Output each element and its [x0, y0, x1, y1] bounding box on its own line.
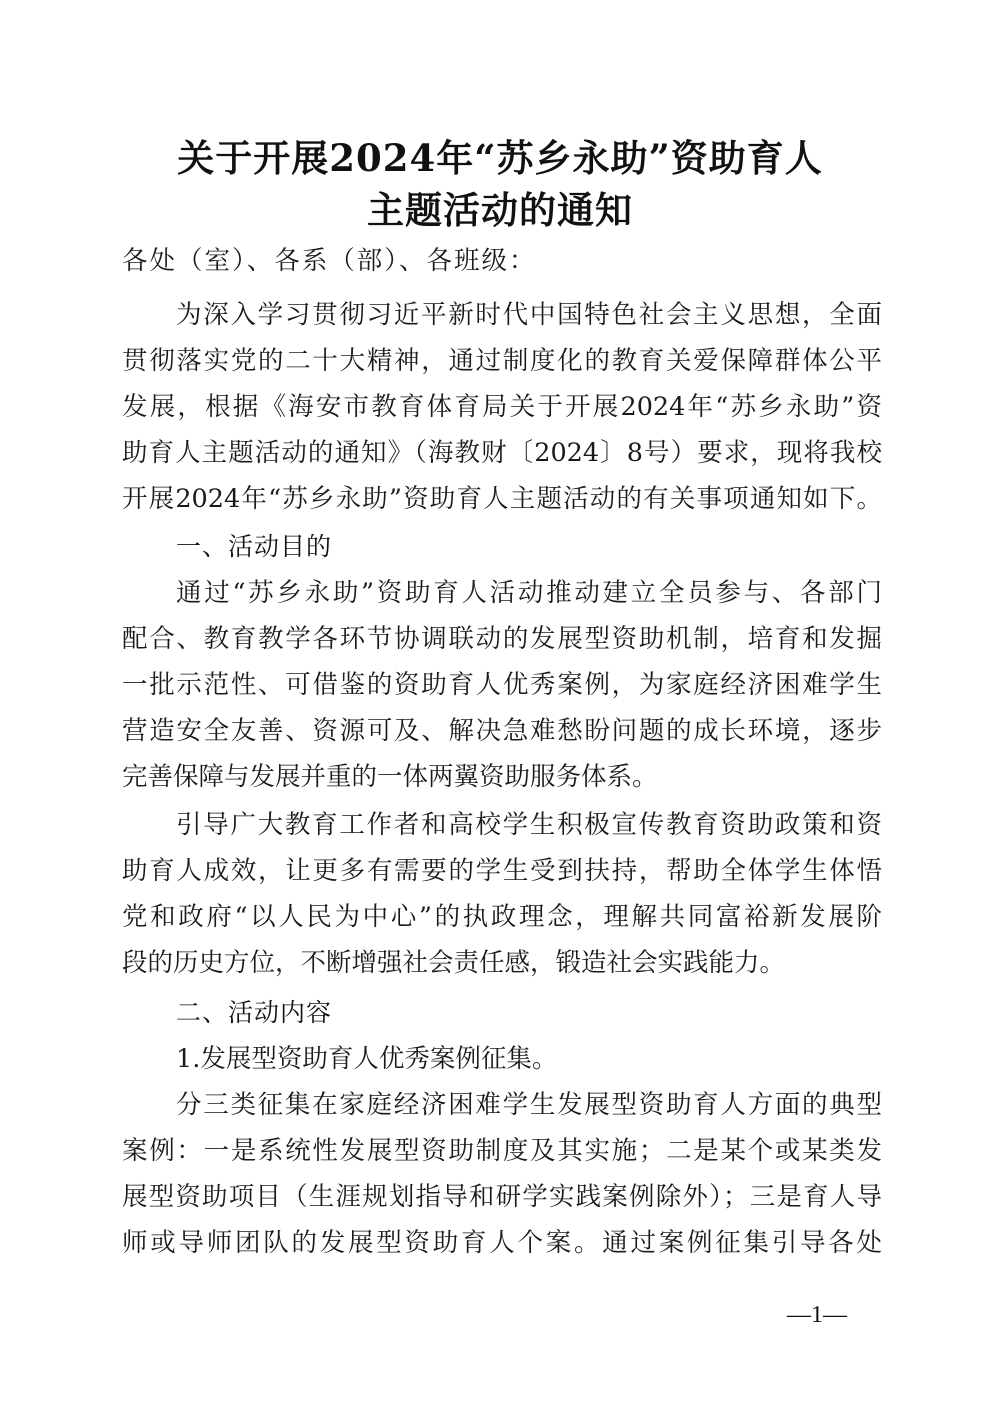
section-heading-content: 二、活动内容 [176, 993, 332, 1029]
content-line: 展型资助项目（生涯规划指导和研学实践案例除外）；三是育人导 [122, 1177, 882, 1213]
content-line: 分三类征集在家庭经济困难学生发展型资助育人方面的典型 [176, 1085, 882, 1121]
page-number: —1— [787, 1302, 847, 1329]
document-page: 关于开展2024年“苏乡永助”资助育人 主题活动的通知 各处（室）、各系（部）、… [0, 0, 1000, 1414]
purpose-line: 助育人成效，让更多有需要的学生受到扶持，帮助全体学生体悟 [122, 851, 882, 887]
purpose-line: 引导广大教育工作者和高校学生积极宣传教育资助政策和资 [176, 805, 882, 841]
salutation: 各处（室）、各系（部）、各班级： [122, 241, 882, 277]
purpose-line: 营造安全友善、资源可及、解决急难愁盼问题的成长环境，逐步 [122, 711, 882, 747]
intro-line: 发展，根据《海安市教育体育局关于开展2024年“苏乡永助”资 [122, 387, 882, 423]
intro-line: 助育人主题活动的通知》（海教财〔2024〕8号）要求，现将我校 [122, 433, 882, 469]
content-line: 师或导师团队的发展型资助育人个案。通过案例征集引导各处 [122, 1223, 882, 1259]
content-line: 案例：一是系统性发展型资助制度及其实施；二是某个或某类发 [122, 1131, 882, 1167]
document-title-line-1: 关于开展2024年“苏乡永助”资助育人 [0, 128, 1000, 182]
section-heading-purpose: 一、活动目的 [176, 527, 332, 563]
purpose-line: 党和政府“以人民为中心”的执政理念，理解共同富裕新发展阶 [122, 897, 882, 933]
intro-line: 开展2024年“苏乡永助”资助育人主题活动的有关事项通知如下。 [122, 479, 882, 515]
purpose-line: 完善保障与发展并重的一体两翼资助服务体系。 [122, 757, 882, 793]
purpose-line: 配合、教育教学各环节协调联动的发展型资助机制，培育和发掘 [122, 619, 882, 655]
content-subheading: 1.发展型资助育人优秀案例征集。 [176, 1039, 882, 1075]
purpose-line: 段的历史方位，不断增强社会责任感，锻造社会实践能力。 [122, 943, 882, 979]
intro-line: 贯彻落实党的二十大精神，通过制度化的教育关爱保障群体公平 [122, 341, 882, 377]
document-title-line-2: 主题活动的通知 [0, 180, 1000, 234]
purpose-line: 一批示范性、可借鉴的资助育人优秀案例，为家庭经济困难学生 [122, 665, 882, 701]
purpose-line: 通过“苏乡永助”资助育人活动推动建立全员参与、各部门 [176, 573, 882, 609]
intro-line: 为深入学习贯彻习近平新时代中国特色社会主义思想，全面 [176, 295, 882, 331]
